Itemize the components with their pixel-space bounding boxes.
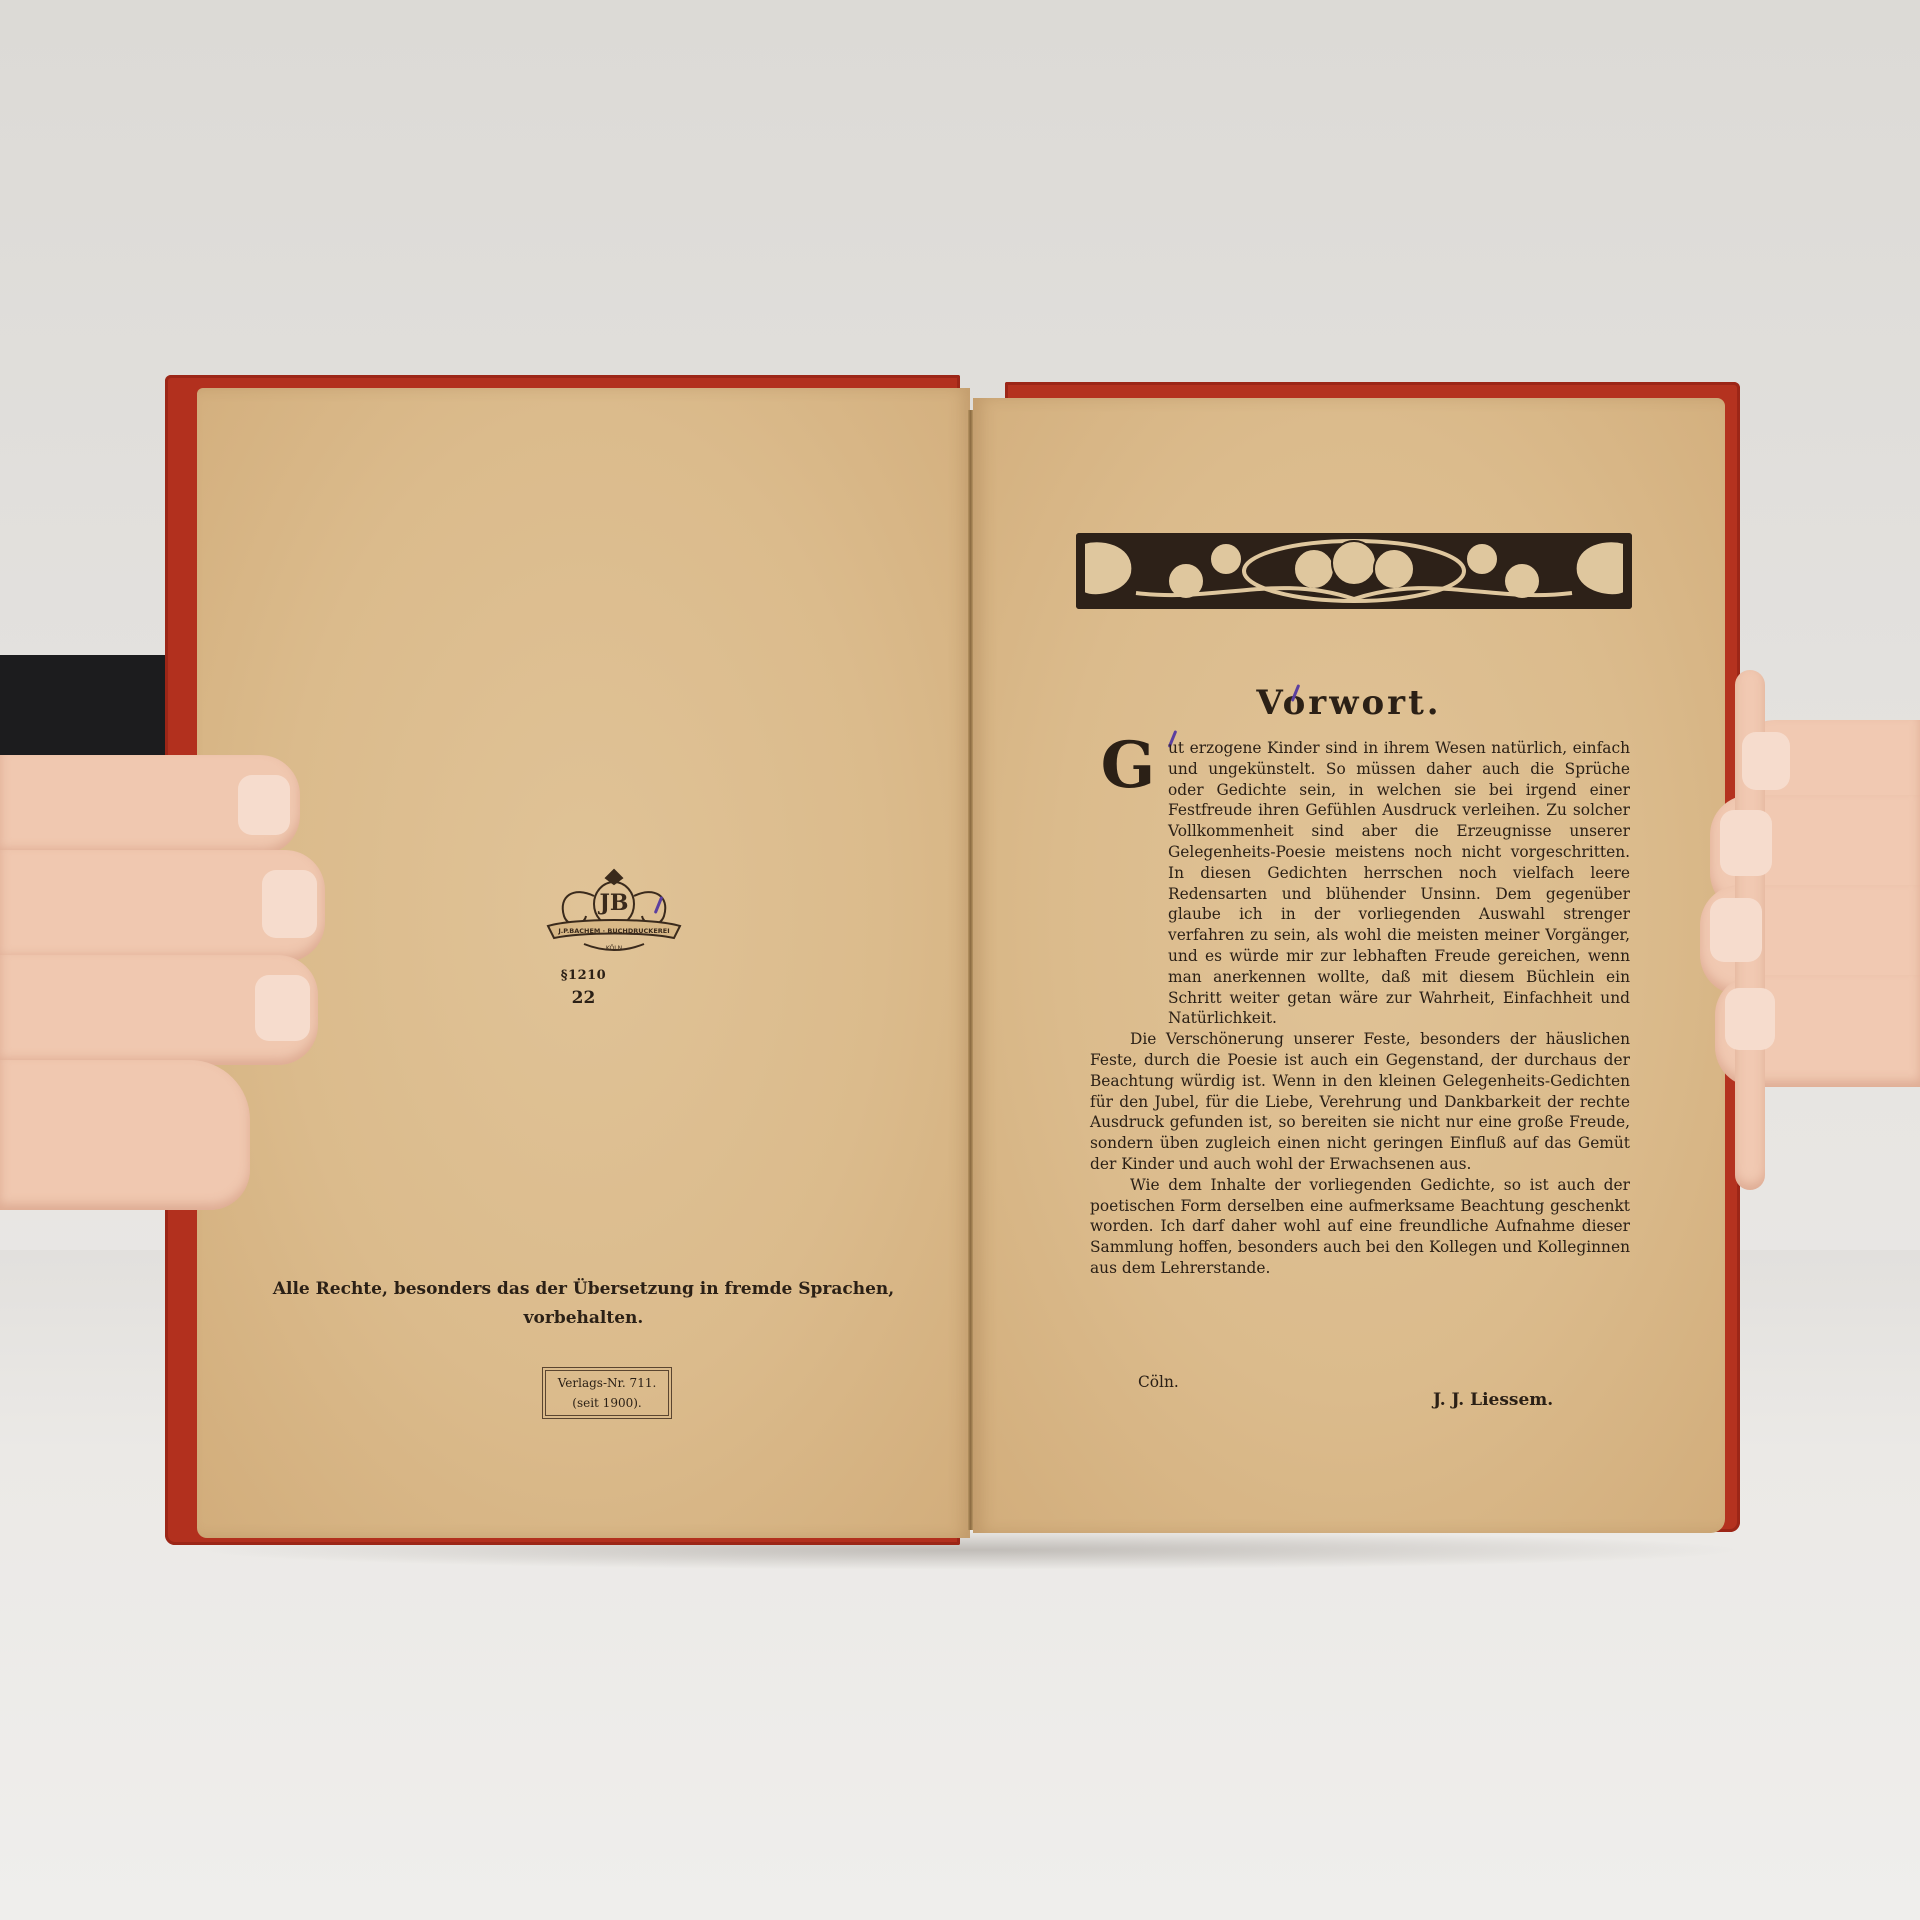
- left-finger-4: [0, 1060, 250, 1210]
- rights-notice: Alle Rechte, besonders das der Übersetzu…: [257, 1275, 910, 1333]
- verlag-line-1: Verlags-Nr. 711.: [546, 1373, 668, 1393]
- author-signature: J. J. Liessem.: [1433, 1390, 1553, 1410]
- verlag-number-box: Verlags-Nr. 711. (seit 1900).: [545, 1370, 669, 1416]
- svg-text:JB: JB: [597, 890, 628, 916]
- right-page: Vorwort. G ut erzogene Kinder sind in ih…: [973, 398, 1725, 1533]
- paragraph-3: Wie dem Inhalte der vorliegenden Gedicht…: [1090, 1175, 1630, 1279]
- svg-text:J.P.BACHEM · BUCHDRUCKEREI: J.P.BACHEM · BUCHDRUCKEREI: [557, 927, 669, 935]
- paragraph-2: Die Verschönerung unserer Feste, besonde…: [1090, 1029, 1630, 1175]
- left-nail-3: [255, 975, 310, 1041]
- rights-line-2: vorbehalten.: [257, 1304, 910, 1333]
- left-hand: [0, 755, 320, 1235]
- right-hand: [1690, 670, 1920, 1190]
- place-line: Cöln.: [1138, 1373, 1179, 1391]
- right-nail-2: [1720, 810, 1772, 876]
- paragraph-1-text: ut erzogene Kinder sind in ihrem Wesen n…: [1168, 739, 1630, 1027]
- paragraph-3-text: Wie dem Inhalte der vorliegenden Gedicht…: [1090, 1176, 1630, 1277]
- paragraph-1: ut erzogene Kinder sind in ihrem Wesen n…: [1090, 738, 1630, 1029]
- verlag-line-2: (seit 1900).: [546, 1393, 668, 1413]
- svg-text:KÖLN: KÖLN: [606, 945, 622, 952]
- right-nail-4: [1725, 988, 1775, 1050]
- rights-line-1: Alle Rechte, besonders das der Übersetzu…: [257, 1275, 910, 1304]
- paragraph-2-text: Die Verschönerung unserer Feste, besonde…: [1090, 1030, 1630, 1173]
- preface-body: ut erzogene Kinder sind in ihrem Wesen n…: [1090, 738, 1630, 1279]
- right-nail-3: [1710, 898, 1762, 962]
- left-nail-1: [238, 775, 290, 835]
- left-nail-2: [262, 870, 317, 938]
- publisher-emblem-icon: JB J.P.BACHEM · BUCHDRUCKEREI KÖLN: [544, 866, 684, 966]
- rose-border-ornament-icon: [1076, 533, 1632, 609]
- right-nail-1: [1742, 732, 1790, 790]
- page-title: Vorwort.: [973, 683, 1725, 723]
